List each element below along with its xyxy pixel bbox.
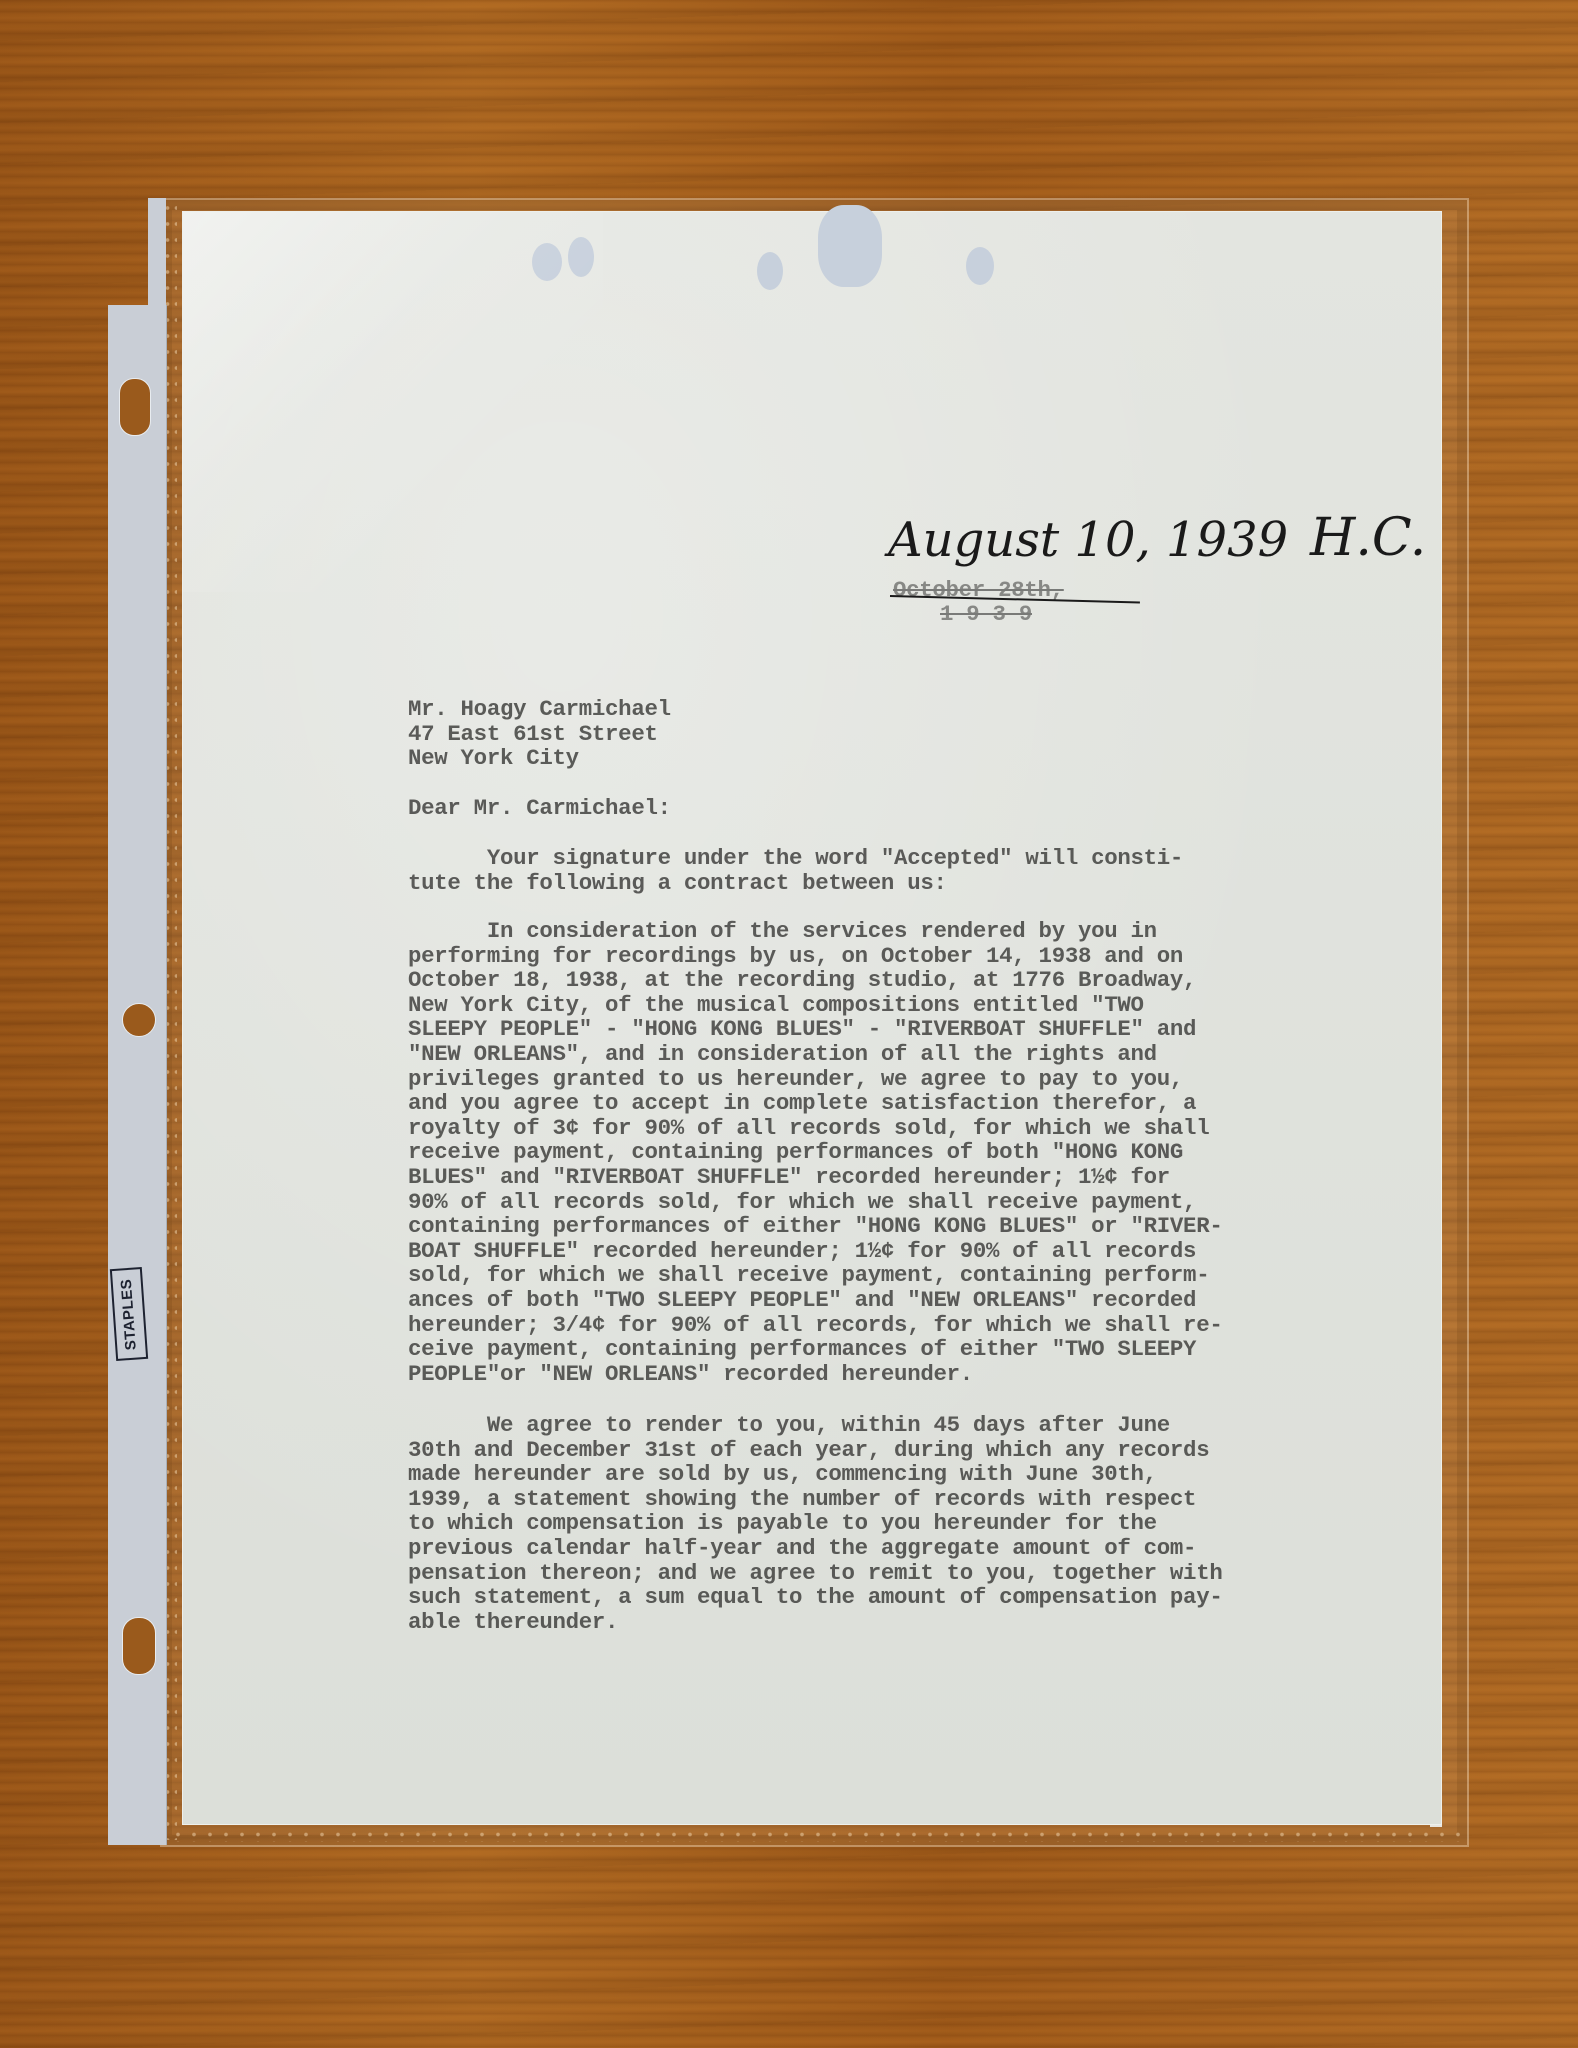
binder-hole-top <box>119 378 151 436</box>
paragraph-royalty-terms: In consideration of the services rendere… <box>408 919 1222 1386</box>
handwritten-initials: H.C. <box>1310 508 1426 568</box>
paragraph-intro: Your signature under the word "Accepted"… <box>408 846 1183 895</box>
binder-strip <box>108 305 167 1845</box>
paragraph-statement-terms: We agree to render to you, within 45 day… <box>408 1413 1222 1634</box>
binder-hole-middle <box>122 1003 156 1037</box>
handwritten-date: August 10, 1939 <box>888 512 1288 568</box>
punch-hole <box>532 243 562 281</box>
punch-hole <box>966 247 994 285</box>
punch-hole <box>568 237 594 277</box>
recipient-address: Mr. Hoagy Carmichael 47 East 61st Street… <box>408 697 671 771</box>
sleeve-weld-seam-bottom <box>170 1830 1460 1842</box>
struck-typed-year: 1 9 3 9 <box>940 602 1032 627</box>
staples-brand-label: STAPLES <box>110 1267 148 1361</box>
binder-hole-bottom <box>122 1617 156 1675</box>
punch-hole-torn <box>818 205 882 287</box>
salutation: Dear Mr. Carmichael: <box>408 796 671 821</box>
binder-strip-top <box>148 198 166 318</box>
punch-hole <box>757 252 783 290</box>
